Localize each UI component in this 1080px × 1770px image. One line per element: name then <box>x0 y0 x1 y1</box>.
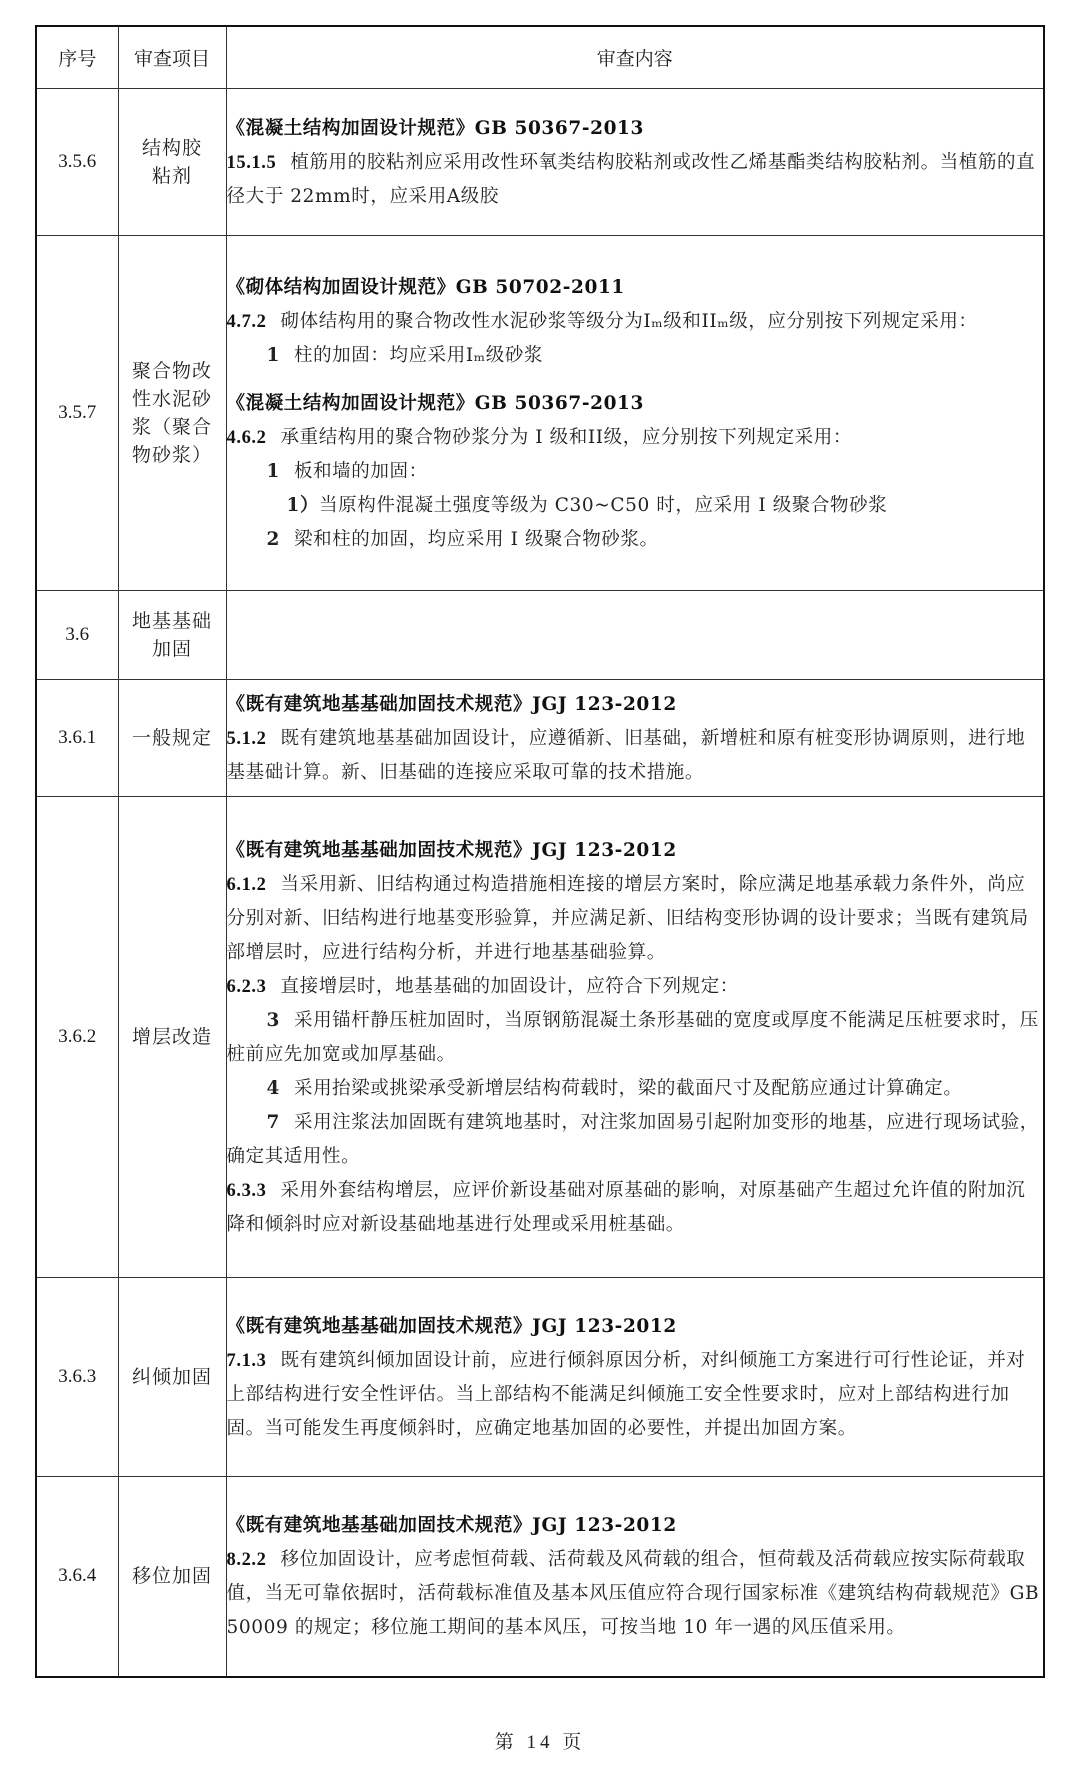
row-review-item: 纠倾加固 <box>118 1278 226 1477</box>
table-row: 3.6.2增层改造《既有建筑地基基础加固技术规范》JGJ 123-20126.1… <box>36 797 1044 1278</box>
standard-title: 《混凝土结构加固设计规范》GB 50367-2013 <box>227 112 1044 146</box>
clause-text: 既有建筑地基基础加固设计，应遵循新、旧基础，新增桩和原有桩变形协调原则，进行地基… <box>227 728 1026 783</box>
standard-title: 《既有建筑地基基础加固技术规范》JGJ 123-2012 <box>227 688 1044 722</box>
row-serial-no: 3.6.4 <box>36 1477 118 1677</box>
clause-text: 承重结构用的聚合物砂浆分为 I 级和II级，应分别按下列规定采用： <box>281 427 853 448</box>
row-review-content: 《既有建筑地基基础加固技术规范》JGJ 123-20125.1.2既有建筑地基基… <box>226 680 1044 797</box>
sub-item-number: 1 <box>267 461 280 482</box>
review-item-line: 结构胶 <box>119 134 226 162</box>
standard-block: 《混凝土结构加固设计规范》GB 50367-201315.1.5植筋用的胶粘剂应… <box>227 112 1044 214</box>
row-review-item: 结构胶粘剂 <box>118 89 226 236</box>
standard-title: 《混凝土结构加固设计规范》GB 50367-2013 <box>227 387 1044 421</box>
row-serial-no: 3.5.6 <box>36 89 118 236</box>
clause-text: 当原构件混凝土强度等级为 C30~C50 时，应采用 I 级聚合物砂浆 <box>319 495 887 516</box>
clause-number: 6.2.3 <box>227 977 267 997</box>
clause: 6.3.3采用外套结构增层，应评价新设基础对原基础的影响，对原基础产生超过允许值… <box>227 1174 1044 1242</box>
review-item-line: 一般规定 <box>119 724 226 752</box>
review-item-line: 移位加固 <box>119 1562 226 1590</box>
table-row: 3.6.3纠倾加固《既有建筑地基基础加固技术规范》JGJ 123-20127.1… <box>36 1278 1044 1477</box>
clause: 6.1.2当采用新、旧结构通过构造措施相连接的增层方案时，除应满足地基承载力条件… <box>227 868 1044 970</box>
row-review-item: 地基基础加固 <box>118 591 226 680</box>
table-row: 3.5.6结构胶粘剂《混凝土结构加固设计规范》GB 50367-201315.1… <box>36 89 1044 236</box>
review-item-line: 物砂浆） <box>119 441 226 469</box>
clause-text: 采用抬梁或挑梁承受新增层结构荷载时，梁的截面尺寸及配筋应通过计算确定。 <box>294 1078 963 1099</box>
clause: 7.1.3既有建筑纠倾加固设计前，应进行倾斜原因分析，对纠倾施工方案进行可行性论… <box>227 1344 1044 1446</box>
standard-title: 《砌体结构加固设计规范》GB 50702-2011 <box>227 271 1044 305</box>
standard-title: 《既有建筑地基基础加固技术规范》JGJ 123-2012 <box>227 834 1044 868</box>
clause-number: 4.6.2 <box>227 428 267 448</box>
clause: 4.6.2承重结构用的聚合物砂浆分为 I 级和II级，应分别按下列规定采用： <box>227 421 1044 455</box>
clause: 6.2.3直接增层时，地基基础的加固设计，应符合下列规定： <box>227 970 1044 1004</box>
clause-text: 采用锚杆静压桩加固时，当原钢筋混凝土条形基础的宽度或厚度不能满足压桩要求时，压桩… <box>227 1010 1039 1065</box>
clause: 1板和墙的加固： <box>227 455 1044 489</box>
table-row: 3.6地基基础加固 <box>36 591 1044 680</box>
row-review-content <box>226 591 1044 680</box>
standard-block: 《砌体结构加固设计规范》GB 50702-20114.7.2砌体结构用的聚合物改… <box>227 271 1044 373</box>
clause-number: 8.2.2 <box>227 1550 267 1570</box>
sub-item-number: 3 <box>267 1010 280 1031</box>
header-serial-no: 序号 <box>36 26 118 89</box>
clause-text: 移位加固设计，应考虑恒荷载、活荷载及风荷载的组合，恒荷载及活荷载应按实际荷载取值… <box>227 1549 1040 1638</box>
standard-block: 《既有建筑地基基础加固技术规范》JGJ 123-20128.2.2移位加固设计，… <box>227 1509 1044 1645</box>
row-serial-no: 3.6.1 <box>36 680 118 797</box>
row-review-item: 增层改造 <box>118 797 226 1278</box>
clause: 15.1.5植筋用的胶粘剂应采用改性环氧类结构胶粘剂或改性乙烯基酯类结构胶粘剂。… <box>227 146 1044 214</box>
row-review-content: 《既有建筑地基基础加固技术规范》JGJ 123-20127.1.3既有建筑纠倾加… <box>226 1278 1044 1477</box>
sub-item-number: 1） <box>287 495 320 516</box>
clause-text: 梁和柱的加固，均应采用 I 级聚合物砂浆。 <box>294 529 659 550</box>
header-review-content: 审查内容 <box>226 26 1044 89</box>
clause-text: 柱的加固：均应采用Iₘ级砂浆 <box>294 345 543 366</box>
document-page: 序号 审查项目 审查内容 3.5.6结构胶粘剂《混凝土结构加固设计规范》GB 5… <box>0 0 1080 1770</box>
page-number: 第 14 页 <box>0 1727 1080 1754</box>
clause-number: 4.7.2 <box>227 312 267 332</box>
row-review-content: 《既有建筑地基基础加固技术规范》JGJ 123-20126.1.2当采用新、旧结… <box>226 797 1044 1278</box>
standard-block: 《既有建筑地基基础加固技术规范》JGJ 123-20126.1.2当采用新、旧结… <box>227 834 1044 1242</box>
row-serial-no: 3.5.7 <box>36 236 118 591</box>
clause: 3采用锚杆静压桩加固时，当原钢筋混凝土条形基础的宽度或厚度不能满足压桩要求时，压… <box>227 1004 1044 1072</box>
table-row: 3.5.7聚合物改性水泥砂浆（聚合物砂浆）《砌体结构加固设计规范》GB 5070… <box>36 236 1044 591</box>
clause: 4采用抬梁或挑梁承受新增层结构荷载时，梁的截面尺寸及配筋应通过计算确定。 <box>227 1072 1044 1106</box>
clause-number: 7.1.3 <box>227 1351 267 1371</box>
clause-text: 板和墙的加固： <box>294 461 428 482</box>
table-header-row: 序号 审查项目 审查内容 <box>36 26 1044 89</box>
sub-item-number: 2 <box>267 529 280 550</box>
review-table: 序号 审查项目 审查内容 3.5.6结构胶粘剂《混凝土结构加固设计规范》GB 5… <box>35 25 1045 1678</box>
row-review-content: 《砌体结构加固设计规范》GB 50702-20114.7.2砌体结构用的聚合物改… <box>226 236 1044 591</box>
row-review-content: 《混凝土结构加固设计规范》GB 50367-201315.1.5植筋用的胶粘剂应… <box>226 89 1044 236</box>
standard-block: 《既有建筑地基基础加固技术规范》JGJ 123-20125.1.2既有建筑地基基… <box>227 688 1044 790</box>
clause-number: 6.1.2 <box>227 875 267 895</box>
review-item-line: 增层改造 <box>119 1023 226 1051</box>
review-item-line: 粘剂 <box>119 162 226 190</box>
clause-text: 采用外套结构增层，应评价新设基础对原基础的影响，对原基础产生超过允许值的附加沉降… <box>227 1180 1026 1235</box>
row-review-item: 聚合物改性水泥砂浆（聚合物砂浆） <box>118 236 226 591</box>
table-body: 3.5.6结构胶粘剂《混凝土结构加固设计规范》GB 50367-201315.1… <box>36 89 1044 1677</box>
clause: 1柱的加固：均应采用Iₘ级砂浆 <box>227 339 1044 373</box>
sub-item-number: 1 <box>267 345 280 366</box>
review-item-line: 加固 <box>119 635 226 663</box>
review-item-line: 浆（聚合 <box>119 413 226 441</box>
clause-text: 既有建筑纠倾加固设计前，应进行倾斜原因分析，对纠倾施工方案进行可行性论证，并对上… <box>227 1350 1026 1439</box>
row-review-item: 移位加固 <box>118 1477 226 1677</box>
review-item-line: 地基基础 <box>119 607 226 635</box>
row-serial-no: 3.6.3 <box>36 1278 118 1477</box>
review-item-line: 纠倾加固 <box>119 1363 226 1391</box>
clause-text: 采用注浆法加固既有建筑地基时，对注浆加固易引起附加变形的地基，应进行现场试验，确… <box>227 1112 1039 1167</box>
standard-title: 《既有建筑地基基础加固技术规范》JGJ 123-2012 <box>227 1310 1044 1344</box>
row-review-content: 《既有建筑地基基础加固技术规范》JGJ 123-20128.2.2移位加固设计，… <box>226 1477 1044 1677</box>
sub-item-number: 4 <box>267 1078 280 1099</box>
clause-text: 当采用新、旧结构通过构造措施相连接的增层方案时，除应满足地基承载力条件外，尚应分… <box>227 874 1029 963</box>
review-item-line: 性水泥砂 <box>119 385 226 413</box>
clause-number: 6.3.3 <box>227 1181 267 1201</box>
standard-title: 《既有建筑地基基础加固技术规范》JGJ 123-2012 <box>227 1509 1044 1543</box>
clause: 1）当原构件混凝土强度等级为 C30~C50 时，应采用 I 级聚合物砂浆 <box>227 489 1044 523</box>
standard-block: 《既有建筑地基基础加固技术规范》JGJ 123-20127.1.3既有建筑纠倾加… <box>227 1310 1044 1446</box>
sub-item-number: 7 <box>267 1112 280 1133</box>
clause-number: 15.1.5 <box>227 153 277 173</box>
row-serial-no: 3.6.2 <box>36 797 118 1278</box>
clause-number: 5.1.2 <box>227 729 267 749</box>
header-review-item: 审查项目 <box>118 26 226 89</box>
clause-text: 植筋用的胶粘剂应采用改性环氧类结构胶粘剂或改性乙烯基酯类结构胶粘剂。当植筋的直径… <box>227 152 1036 207</box>
clause: 8.2.2移位加固设计，应考虑恒荷载、活荷载及风荷载的组合，恒荷载及活荷载应按实… <box>227 1543 1044 1645</box>
clause-text: 砌体结构用的聚合物改性水泥砂浆等级分为Iₘ级和IIₘ级，应分别按下列规定采用： <box>281 311 978 332</box>
row-review-item: 一般规定 <box>118 680 226 797</box>
clause: 4.7.2砌体结构用的聚合物改性水泥砂浆等级分为Iₘ级和IIₘ级，应分别按下列规… <box>227 305 1044 339</box>
clause: 2梁和柱的加固，均应采用 I 级聚合物砂浆。 <box>227 523 1044 557</box>
clause: 7采用注浆法加固既有建筑地基时，对注浆加固易引起附加变形的地基，应进行现场试验，… <box>227 1106 1044 1174</box>
review-item-line: 聚合物改 <box>119 357 226 385</box>
clause: 5.1.2既有建筑地基基础加固设计，应遵循新、旧基础，新增桩和原有桩变形协调原则… <box>227 722 1044 790</box>
table-row: 3.6.1一般规定《既有建筑地基基础加固技术规范》JGJ 123-20125.1… <box>36 680 1044 797</box>
row-serial-no: 3.6 <box>36 591 118 680</box>
table-row: 3.6.4移位加固《既有建筑地基基础加固技术规范》JGJ 123-20128.2… <box>36 1477 1044 1677</box>
clause-text: 直接增层时，地基基础的加固设计，应符合下列规定： <box>281 976 739 997</box>
standard-block: 《混凝土结构加固设计规范》GB 50367-20134.6.2承重结构用的聚合物… <box>227 387 1044 557</box>
